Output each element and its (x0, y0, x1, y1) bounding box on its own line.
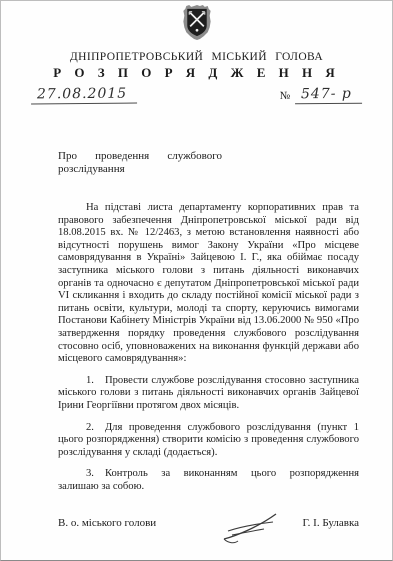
emblem-star (195, 29, 198, 32)
signature-row: В. о. міського голови Г. І. Булавка (58, 517, 359, 529)
signature-scribble-icon (218, 511, 282, 547)
item-number: 1. (86, 375, 94, 386)
document-body: На підставі листа департаменту корпорати… (58, 202, 359, 493)
list-item-3: 3.Контроль за виконанням цього розпорядж… (58, 468, 359, 493)
list-item-2: 2.Для проведення службового розслідуванн… (58, 422, 359, 460)
item-text: Контроль за виконанням цього розпоряджен… (58, 468, 359, 492)
list-item-1: 1.Провести службове розслідування стосов… (58, 375, 359, 413)
coat-of-arms-icon (181, 4, 213, 41)
item-number: 3. (86, 468, 94, 479)
intro-paragraph: На підставі листа департаменту корпорати… (58, 202, 359, 366)
document-date-handwritten: 27.08.2015 (31, 86, 137, 105)
organization-name: ДНІПРОПЕТРОВСЬКИЙ МІСЬКИЙ ГОЛОВА (1, 51, 392, 63)
signer-title: В. о. міського голови (58, 517, 156, 529)
date-number-row: 27.08.2015 № 547- р (31, 86, 362, 104)
document-number: № 547- р (280, 86, 362, 104)
document-page: ДНІПРОПЕТРОВСЬКИЙ МІСЬКИЙ ГОЛОВА Р О З П… (0, 0, 393, 561)
number-sign-label: № (280, 90, 291, 104)
subject-line: Про проведення службового розслідування (58, 150, 222, 176)
document-header: ДНІПРОПЕТРОВСЬКИЙ МІСЬКИЙ ГОЛОВА Р О З П… (1, 1, 392, 81)
document-number-handwritten: 547- р (295, 86, 362, 105)
document-type-title: Р О З П О Р Я Д Ж Е Н Н Я (1, 65, 392, 81)
item-text: Провести службове розслідування стосовно… (58, 375, 359, 411)
item-text: Для проведення службового розслідування … (58, 422, 359, 458)
item-number: 2. (86, 422, 94, 433)
signer-name: Г. І. Булавка (303, 517, 359, 529)
